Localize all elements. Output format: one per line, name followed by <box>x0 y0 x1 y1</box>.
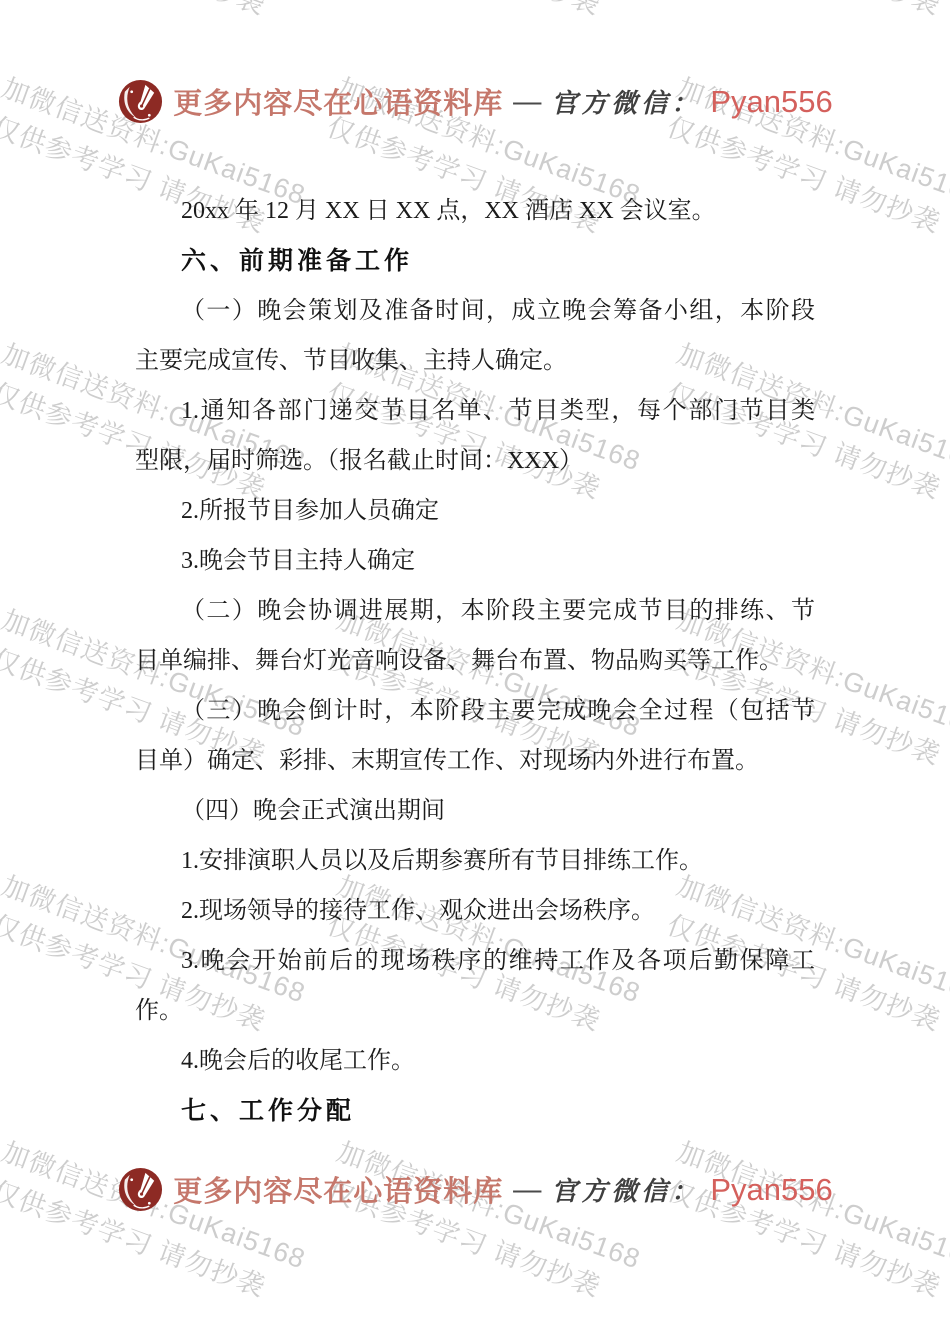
brand-text: 更多内容尽在心语资料库 <box>173 81 503 122</box>
watermark-tile: 加微信送资料:GuKai5168仅供参考学习 请勿抄袭 <box>0 0 311 35</box>
text-line: 主要完成宣传、节目收集、主持人确定。 <box>135 336 815 386</box>
text-line: 目单编排、舞台灯光音响设备、舞台布置、物品购买等工作。 <box>135 636 815 686</box>
page-header: 更多内容尽在心语资料库—官方微信： Pyan556 <box>0 78 950 125</box>
wechat-label: 官方微信： <box>551 1171 701 1208</box>
text-line: （二）晚会协调进展期，本阶段主要完成节目的排练、节 <box>135 586 815 636</box>
text-line: （四）晚会正式演出期间 <box>135 786 815 836</box>
section-heading: 六、前期准备工作 <box>135 236 815 286</box>
page-footer: 更多内容尽在心语资料库—官方微信： Pyan556 <box>0 1166 950 1213</box>
watermark-line2: 仅供参考学习 请勿抄袭 <box>318 0 633 35</box>
pen-nib-circle-icon <box>117 78 164 125</box>
text-line: 1.安排演职人员以及后期参赛所有节目排练工作。 <box>135 836 815 886</box>
brand-separator: — <box>513 1174 541 1206</box>
watermark-line2: 仅供参考学习 请勿抄袭 <box>658 0 950 35</box>
text-line: （三）晚会倒计时，本阶段主要完成晚会全过程（包括节 <box>135 686 815 736</box>
text-line: 型限，届时筛选。（报名截止时间：XXX） <box>135 436 815 486</box>
wechat-id: Pyan556 <box>710 1172 832 1208</box>
brand-separator: — <box>513 86 541 118</box>
wechat-label: 官方微信： <box>551 83 701 120</box>
watermark-line2: 仅供参考学习 请勿抄袭 <box>0 0 298 35</box>
watermark-tile: 加微信送资料:GuKai5168仅供参考学习 请勿抄袭 <box>0 1132 311 1317</box>
text-line: 2.现场领导的接待工作、观众进出会场秩序。 <box>135 886 815 936</box>
section-heading: 七、工作分配 <box>135 1086 815 1136</box>
text-line: 4.晚会后的收尾工作。 <box>135 1036 815 1086</box>
text-line: （一）晚会策划及准备时间，成立晚会筹备小组，本阶段 <box>135 286 815 336</box>
watermark-tile: 加微信送资料:GuKai5168仅供参考学习 请勿抄袭 <box>318 0 647 35</box>
text-line: 1.通知各部门递交节目名单、节目类型，每个部门节目类 <box>135 386 815 436</box>
text-line: 3.晚会节目主持人确定 <box>135 536 815 586</box>
pen-nib-circle-icon <box>117 1166 164 1213</box>
document-body: 20xx 年 12 月 XX 日 XX 点，XX 酒店 XX 会议室。六、前期准… <box>135 186 815 1136</box>
document-page: 加微信送资料:GuKai5168仅供参考学习 请勿抄袭加微信送资料:GuKai5… <box>0 0 950 1344</box>
watermark-tile: 加微信送资料:GuKai5168仅供参考学习 请勿抄袭 <box>658 1132 950 1317</box>
watermark-tile: 加微信送资料:GuKai5168仅供参考学习 请勿抄袭 <box>318 1132 647 1317</box>
text-line: 3.晚会开始前后的现场秩序的维持工作及各项后勤保障工 <box>135 936 815 986</box>
watermark-tile: 加微信送资料:GuKai5168仅供参考学习 请勿抄袭 <box>658 0 950 35</box>
text-line: 目单）确定、彩排、末期宣传工作、对现场内外进行布置。 <box>135 736 815 786</box>
text-line: 2.所报节目参加人员确定 <box>135 486 815 536</box>
text-line: 作。 <box>135 986 815 1036</box>
brand-text: 更多内容尽在心语资料库 <box>173 1169 503 1210</box>
text-line: 20xx 年 12 月 XX 日 XX 点，XX 酒店 XX 会议室。 <box>135 186 815 236</box>
wechat-id: Pyan556 <box>710 84 832 120</box>
